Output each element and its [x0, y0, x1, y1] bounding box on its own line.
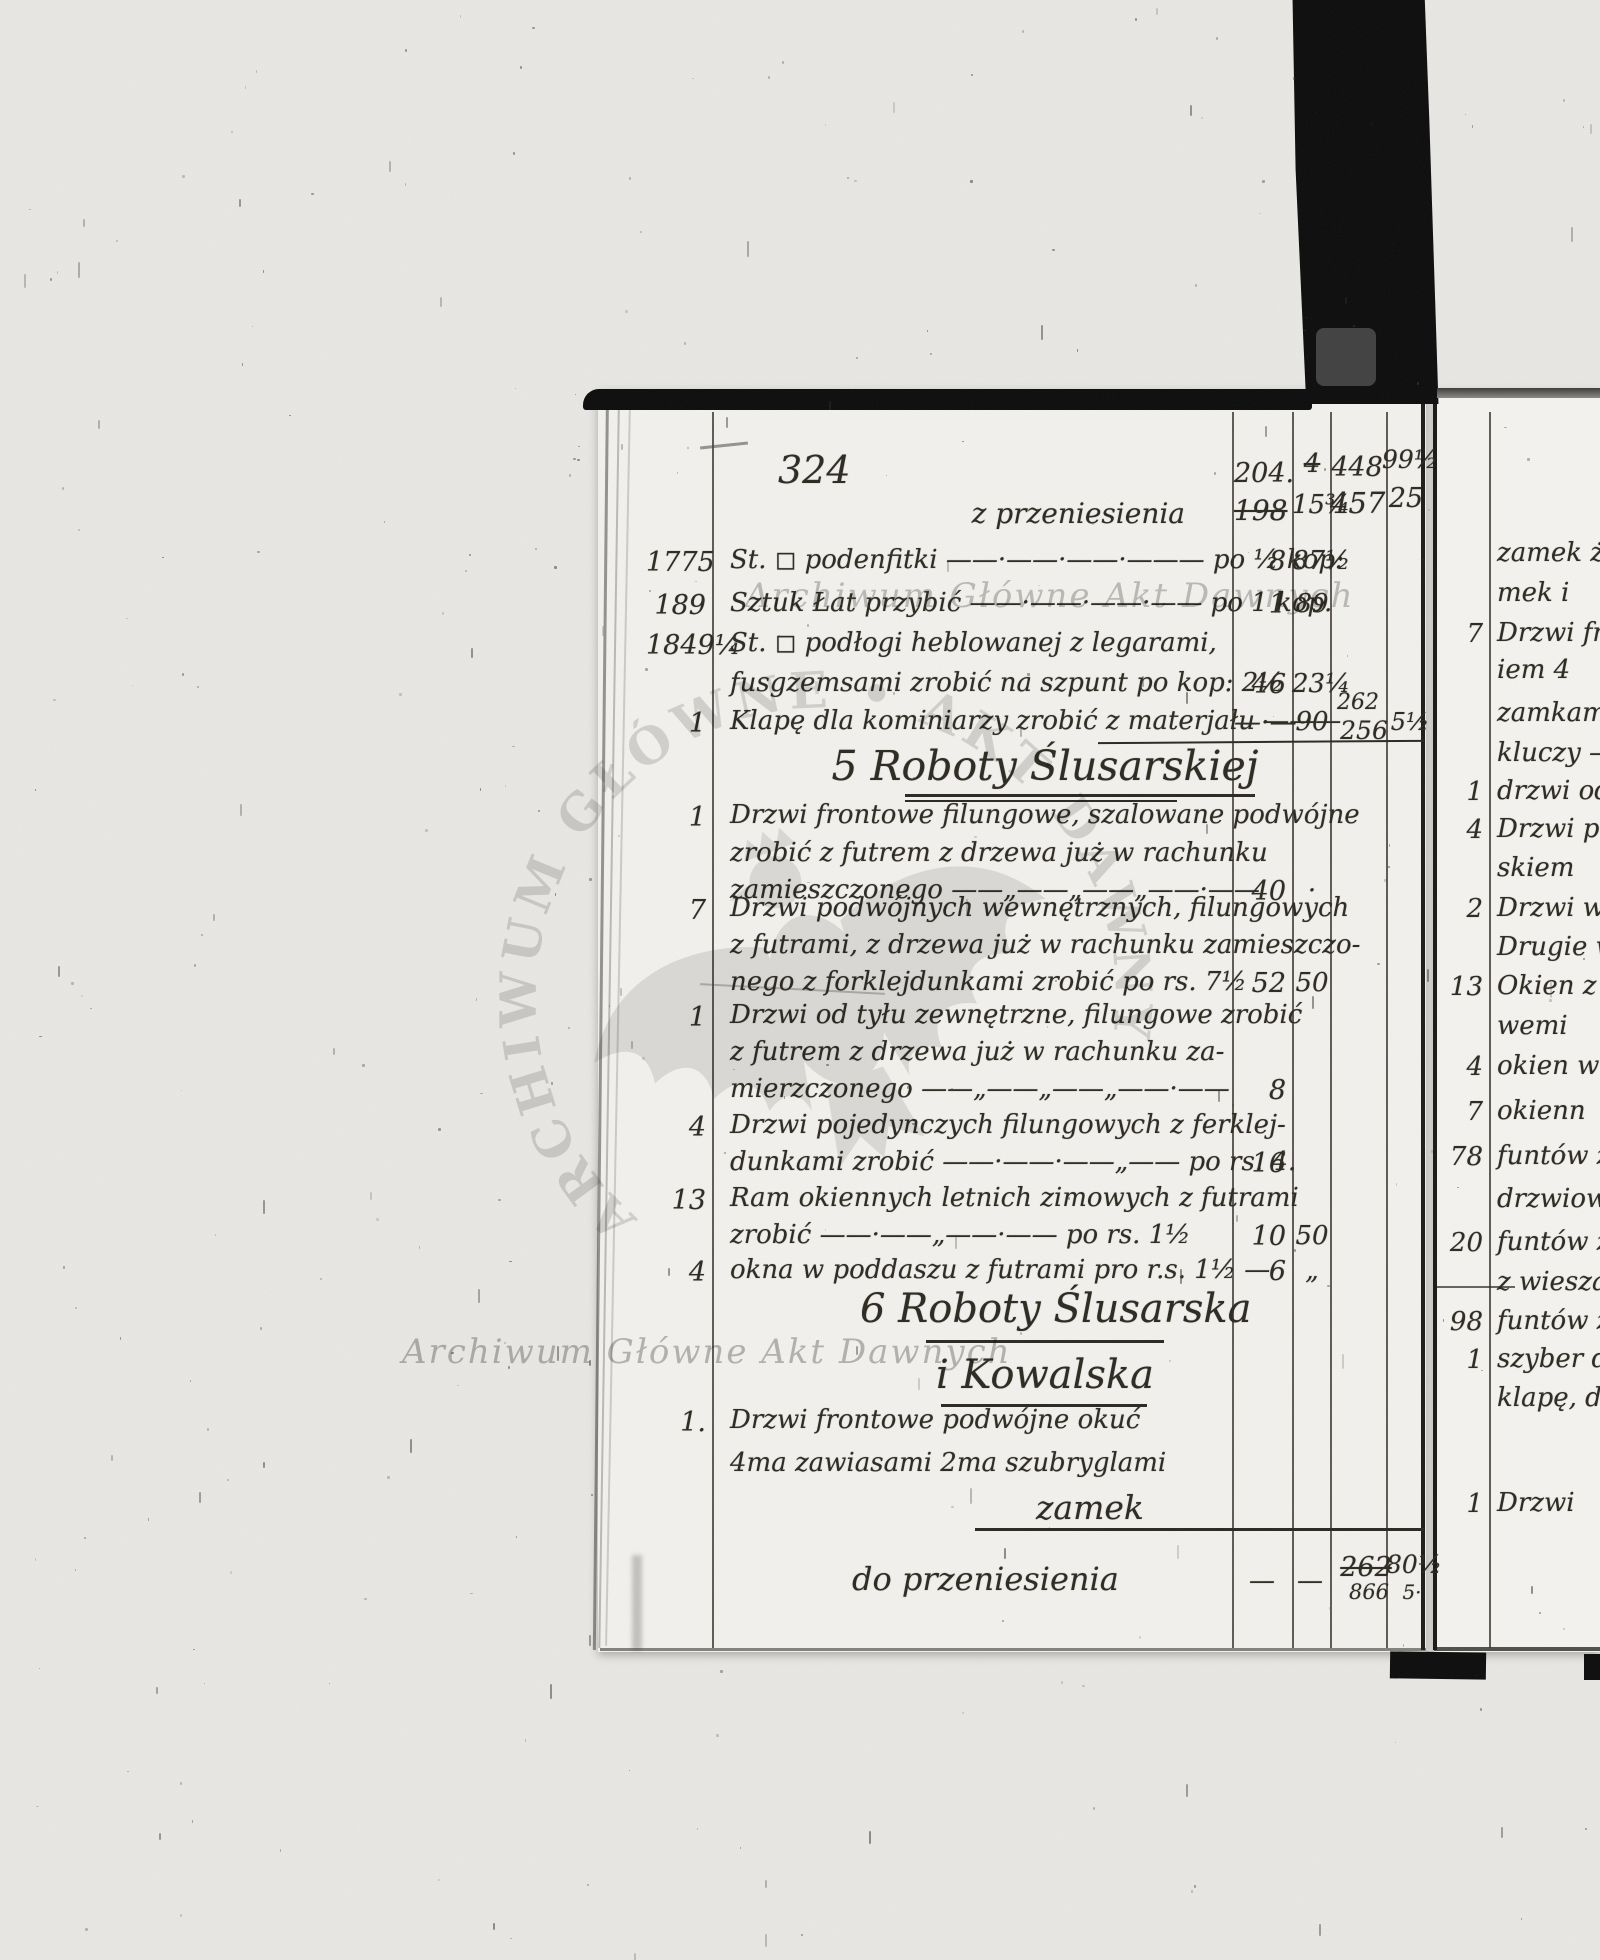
speckle [83, 219, 85, 227]
speckle [504, 1342, 506, 1344]
amount-kop: 50 [1292, 968, 1332, 998]
amount-kop: 50 [1292, 1221, 1332, 1251]
ledger-qty: 13 [646, 1185, 706, 1216]
speckle [629, 1770, 630, 1771]
speckle [239, 199, 241, 207]
speckle [127, 1771, 129, 1772]
speckle [389, 161, 391, 172]
speckle [476, 998, 477, 1001]
speckle [419, 1246, 420, 1249]
speckle [971, 74, 973, 76]
speckle [53, 699, 56, 701]
speckle [589, 1360, 591, 1366]
zamek-word: zamek [1000, 1488, 1180, 1527]
speckle [740, 1847, 741, 1849]
speckle [1052, 249, 1055, 251]
speckle [84, 1537, 86, 1539]
amount-rub: 46 [1234, 669, 1286, 700]
speckle [126, 618, 128, 619]
speckle [1262, 180, 1265, 183]
speckle [333, 1048, 335, 1055]
speckle [451, 1352, 454, 1354]
speckle [515, 388, 516, 389]
speckle [692, 78, 694, 79]
speckle [215, 1234, 216, 1236]
right-row-qty: 4 [1437, 815, 1483, 845]
speckle [557, 1346, 559, 1361]
speckle [505, 785, 506, 787]
speckle [480, 788, 481, 791]
footer-dash-kop: — [1290, 1566, 1330, 1596]
carry-col3-top: 448 [1330, 452, 1384, 483]
speckle [364, 1598, 367, 1600]
speckle [512, 746, 515, 747]
section-5-underline [905, 794, 1255, 797]
main-page-right-edge [1421, 392, 1425, 1650]
speckle [768, 76, 770, 79]
right-row-text: skiem [1497, 853, 1574, 883]
speckle [1195, 284, 1197, 287]
speckle [1521, 1918, 1522, 1920]
speckle [35, 789, 36, 791]
speckle [159, 1833, 161, 1840]
speckle [551, 1082, 553, 1085]
speckle [240, 804, 242, 816]
right-row-text: drzwi od [1497, 776, 1600, 806]
speckle [35, 1558, 36, 1561]
speckle [387, 1476, 390, 1479]
speckle [438, 1128, 441, 1131]
main-page-bottom-edge [600, 1648, 1426, 1651]
right-row-text: mek i [1497, 578, 1569, 608]
speckle [50, 278, 52, 281]
speckle [425, 829, 428, 832]
footer-label: do przeniesienia [852, 1560, 1119, 1598]
speckle [201, 934, 203, 936]
table-rule-col4 [1386, 412, 1388, 1648]
speckle [587, 1884, 589, 1886]
ledger-qty: 4 [646, 1257, 706, 1288]
speckle [194, 964, 196, 967]
speckle [116, 240, 118, 242]
right-row-text: funtów ż [1497, 1306, 1600, 1336]
speckle [1585, 1828, 1587, 1830]
speckle [893, 102, 895, 113]
speckle [1571, 227, 1573, 242]
amount-rub: 52 [1234, 968, 1286, 999]
speckle [230, 1571, 232, 1574]
speckle [289, 415, 291, 416]
speckle [697, 1828, 698, 1830]
speckle [1563, 99, 1565, 102]
carry-rub-crossed: 198 [1234, 494, 1286, 527]
speckle [260, 1327, 262, 1330]
speckle [57, 271, 58, 274]
speckle [39, 1668, 40, 1669]
speckle [589, 878, 592, 881]
speckle [498, 1199, 501, 1201]
speckle [1190, 105, 1192, 116]
right-row-qty: 1 [1437, 1489, 1483, 1519]
speckle [869, 1831, 871, 1844]
footer-col4-bottom: 5· [1392, 1580, 1432, 1604]
speckle [362, 1064, 365, 1067]
right-row-qty: 7 [1437, 1097, 1483, 1127]
speckle [85, 1928, 88, 1931]
speckle [62, 487, 64, 490]
speckle [132, 685, 133, 686]
speckle [263, 1200, 265, 1214]
speckle [120, 1337, 121, 1340]
carry-rub-new: 204. [1234, 458, 1286, 489]
speckle [970, 180, 973, 183]
ledger-line: zrobić ——·——„——·—— po rs. 1½ [730, 1220, 1190, 1250]
speckle [111, 1455, 113, 1461]
right-row-text: z wiesza [1497, 1267, 1600, 1297]
speckle [405, 183, 406, 186]
speckle [245, 86, 246, 89]
speckle [589, 1635, 591, 1646]
speckle [1022, 30, 1024, 33]
carry-kop-crossed: 4 [1294, 449, 1330, 479]
speckle [256, 70, 257, 73]
speckle [457, 1385, 459, 1386]
right-row-text: klapę, dr [1497, 1383, 1600, 1413]
speckle [263, 270, 264, 273]
speckle [554, 566, 557, 569]
speckle [577, 459, 580, 461]
scan-stage: 324 z przeniesienia 204. 4 448 99½ 198 1… [0, 0, 1600, 1960]
speckle [192, 1820, 193, 1823]
speckle [1428, 509, 1430, 511]
ledger-line: Drzwi frontowe filungowe, szalowane podw… [730, 800, 1360, 830]
speckle [1583, 126, 1584, 128]
speckle [197, 686, 199, 688]
spine-gray-patch [1316, 328, 1376, 386]
speckle [1319, 1924, 1321, 1936]
speckle [1395, 1742, 1396, 1743]
speckle [242, 363, 243, 366]
amount-rub: 6 [1234, 1256, 1286, 1287]
section-5-title: Roboty Ślusarskiej [871, 742, 1259, 790]
speckle [90, 1008, 92, 1009]
speckle [469, 554, 471, 556]
carry-col4-bottom: 25 [1386, 483, 1426, 514]
speckle [493, 1923, 495, 1930]
amount-rub: 1 [1234, 589, 1286, 620]
ledger-line: mierzczonego ——„——„——„——·—— [730, 1074, 1230, 1104]
speckle [384, 521, 385, 523]
ledger-line: dunkami zrobić ——·——·——„—— po rs. 4. [730, 1147, 1296, 1177]
speckle [180, 1914, 182, 1917]
speckle [58, 966, 60, 977]
right-row-text: funtów z [1497, 1141, 1600, 1171]
right-row-text: drzwiowy [1497, 1184, 1600, 1214]
page-top-shadow-band [583, 389, 1312, 410]
speckle [1194, 1885, 1196, 1888]
right-row-qty: 1 [1437, 777, 1483, 807]
ledger-qty: 1. [646, 1407, 706, 1438]
speckle [204, 1683, 205, 1684]
ledger-qty: 7 [646, 895, 706, 926]
speckle [440, 297, 442, 307]
speckle [1156, 8, 1158, 15]
right-row-qty: 7 [1437, 619, 1483, 649]
right-row-qty: 2 [1437, 894, 1483, 924]
bottom-black-mark [1390, 1651, 1486, 1679]
speckle [1061, 1681, 1063, 1684]
speckle [516, 1536, 517, 1538]
speckle [508, 1366, 510, 1369]
speckle [1472, 125, 1473, 128]
amount-rub: 8 [1234, 546, 1286, 577]
speckle [765, 1934, 767, 1947]
section-6-heading: 6 Roboty Ślusarska [860, 1286, 1230, 1332]
speckle [1480, 1708, 1482, 1711]
right-row-qty: 98 [1437, 1307, 1483, 1337]
speckle [847, 177, 849, 179]
speckle [460, 15, 461, 18]
section-6-subtitle: i Kowalska [880, 1352, 1210, 1398]
speckle [962, 1712, 964, 1714]
amount-kop: 87½ [1292, 546, 1332, 576]
speckle [370, 1192, 372, 1200]
total-rule [975, 1528, 1424, 1531]
right-page-bottom-edge [1434, 1647, 1600, 1651]
table-rule-qty [712, 412, 714, 1648]
right-row-text: Drzwi [1497, 1488, 1575, 1518]
right-row-text: Drzwi poje [1497, 814, 1600, 844]
footer-col3-value: 866 [1344, 1580, 1394, 1604]
speckle [376, 1218, 379, 1221]
ledger-qty: 4 [646, 1112, 706, 1143]
speckle [471, 648, 473, 658]
bottom-right-black-mark [1584, 1654, 1600, 1680]
right-page-sum-line [1437, 1286, 1515, 1288]
footer-col4-top: 80½ [1386, 1550, 1434, 1579]
speckle [480, 1093, 483, 1094]
speckle [575, 394, 576, 395]
right-row-qty: 4 [1437, 1052, 1483, 1082]
speckle [280, 1849, 281, 1852]
speckle [231, 131, 233, 133]
section-5-number: 5 [832, 742, 858, 790]
speckle [75, 1307, 77, 1309]
speckle [573, 458, 576, 460]
ledger-line: Drzwi pojedynczych filungowych z ferklej… [730, 1110, 1286, 1140]
speckle [405, 49, 407, 52]
speckle [1082, 1685, 1085, 1687]
speckle [720, 1670, 723, 1673]
speckle [535, 548, 537, 550]
ledger-line: z futrami, z drzewa już w rachunku zamie… [730, 930, 1360, 960]
section-5-underline2 [905, 800, 1177, 802]
speckle [782, 61, 784, 64]
right-row-text: funtów za [1497, 1227, 1600, 1257]
speckle [399, 693, 402, 696]
right-row-text: wemi [1497, 1011, 1568, 1041]
speckle [765, 1880, 767, 1888]
speckle [591, 1494, 593, 1496]
speckle [555, 893, 556, 896]
carry-col3-bottom: 457 [1330, 486, 1384, 520]
speckle [320, 1278, 322, 1280]
carry-kop-new: 15¾ [1292, 490, 1332, 520]
subtotal-col4: 5½ [1390, 708, 1430, 736]
speckle [478, 1289, 480, 1303]
speckle [1093, 1807, 1095, 1810]
speckle [156, 1687, 158, 1694]
subtotal-col3-top: 262 [1334, 690, 1382, 715]
speckle [148, 1518, 149, 1521]
speckle [634, 1953, 636, 1960]
right-page-top-edge [1437, 388, 1600, 398]
amount-kop: „ [1292, 1256, 1332, 1286]
speckle [927, 330, 928, 332]
speckle [930, 353, 932, 355]
speckle [465, 570, 467, 572]
ledger-line: Drzwi od tyłu zewnętrzne, filungowe zrob… [730, 1000, 1302, 1030]
speckle [227, 1479, 229, 1481]
speckle [257, 551, 260, 553]
speckle [252, 326, 253, 327]
speckle [78, 529, 80, 531]
amount-rub: 10 [1234, 1221, 1286, 1252]
speckle [311, 193, 314, 195]
speckle [854, 180, 857, 182]
speckle [442, 612, 444, 615]
speckle [329, 1683, 330, 1684]
speckle [180, 1782, 182, 1785]
speckle [856, 357, 858, 359]
speckle [182, 673, 184, 676]
speckle [520, 66, 522, 69]
amount-rub: —·— [1234, 707, 1286, 738]
speckle [190, 1380, 191, 1382]
speckle [29, 209, 31, 210]
speckle [625, 310, 628, 313]
speckle [640, 231, 642, 233]
speckle [716, 1734, 719, 1737]
speckle [578, 446, 580, 447]
amount-rub: 16 [1234, 1148, 1286, 1179]
speckle [162, 557, 164, 558]
speckle [438, 1879, 440, 1881]
right-row-text: okienn [1497, 1096, 1586, 1126]
speckle [98, 420, 100, 429]
page-edge-smudge [632, 1555, 642, 1650]
speckle [684, 342, 686, 345]
right-page-qty-rule [1489, 412, 1491, 1648]
speckle [1590, 124, 1592, 134]
speckle [75, 1569, 76, 1571]
speckle [213, 914, 215, 921]
speckle [1216, 37, 1218, 40]
ledger-qty: 1775 [646, 547, 706, 578]
speckle [510, 1938, 512, 1939]
speckle [1077, 349, 1078, 352]
right-row-qty: 78 [1437, 1142, 1483, 1172]
right-row-text: zamkam [1497, 698, 1600, 728]
ledger-line: Ram okiennych letnich zimowych z futrami [730, 1183, 1299, 1213]
section-6-title: Roboty Ślusarska [898, 1286, 1251, 1332]
speckle [410, 1439, 412, 1453]
speckle [78, 262, 80, 278]
right-row-text: Drugie w [1497, 932, 1600, 962]
speckle [509, 1261, 512, 1262]
right-row-qty: 13 [1437, 972, 1483, 1002]
right-row-qty: 1 [1437, 1345, 1483, 1375]
ledger-line: nego z forklejdunkami zrobić po rs. 7½ [730, 967, 1247, 997]
right-row-text: zamek ż [1497, 538, 1600, 568]
speckle [1191, 1890, 1193, 1893]
section-6-subtitle-underline [941, 1404, 1147, 1407]
ledger-line: fusgzemsami zrobić na szpunt po kop: 2½ [730, 668, 1284, 698]
speckle [825, 124, 826, 126]
speckle [63, 1266, 65, 1269]
ledger-line: okna w poddaszu z futrami pro r.s. 1½ — [730, 1255, 1270, 1285]
footer-dash-rub: — [1240, 1566, 1284, 1596]
speckle [1427, 969, 1429, 982]
right-row-text: szyber do [1497, 1344, 1600, 1374]
right-row-text: iem 4 [1497, 655, 1570, 685]
amount-rub: 8 [1234, 1075, 1286, 1106]
speckle [39, 1036, 42, 1037]
speckle [199, 1492, 201, 1503]
right-row-qty: 20 [1437, 1228, 1483, 1258]
speckle [550, 1684, 552, 1699]
right-row-text: Drzwi fro [1497, 618, 1600, 648]
speckle [182, 175, 185, 178]
ledger-line: 4ma zawiasami 2ma szubryglami [730, 1448, 1166, 1478]
speckle [36, 1806, 39, 1807]
speckle [71, 982, 74, 985]
amount-kop: 90 [1292, 707, 1332, 737]
ledger-line: Drzwi podwójnych wewnętrznych, filungowy… [730, 893, 1349, 923]
ledger-qty: 189 [646, 590, 706, 621]
speckle [207, 1428, 209, 1431]
speckle [1186, 1784, 1188, 1797]
speckle [532, 27, 535, 29]
speckle [470, 1593, 473, 1594]
speckle [1501, 1827, 1503, 1838]
ledger-qty: 1 [646, 708, 706, 739]
speckle [513, 152, 515, 155]
ledger-qty: 1 [646, 802, 706, 833]
amount-kop: 89 [1292, 589, 1332, 619]
speckle [1465, 114, 1466, 115]
speckle [1259, 213, 1261, 214]
right-row-text: kluczy — [1497, 738, 1600, 768]
speckle [629, 177, 631, 180]
speckle [193, 1649, 195, 1650]
carry-label: z przeniesienia [940, 497, 1185, 530]
speckle [24, 274, 26, 288]
section-6-number: 6 [860, 1286, 885, 1332]
speckle [263, 1462, 265, 1468]
speckle [81, 995, 83, 997]
right-row-text: Drzwi wa [1497, 893, 1600, 923]
right-row-text: Okien z [1497, 971, 1596, 1001]
speckle [538, 810, 540, 812]
speckle [569, 474, 571, 477]
section-5-heading: 5 Roboty Ślusarskiej [810, 742, 1280, 790]
ledger-line: St. ◻ podłogi heblowanej z legarami, [730, 628, 1217, 658]
section-6-underline [926, 1340, 1164, 1343]
amount-kop: 23¼ [1292, 669, 1332, 699]
page-number: 324 [778, 448, 851, 492]
ledger-line: z futrem z drzewa już w rachunku za- [730, 1037, 1224, 1067]
